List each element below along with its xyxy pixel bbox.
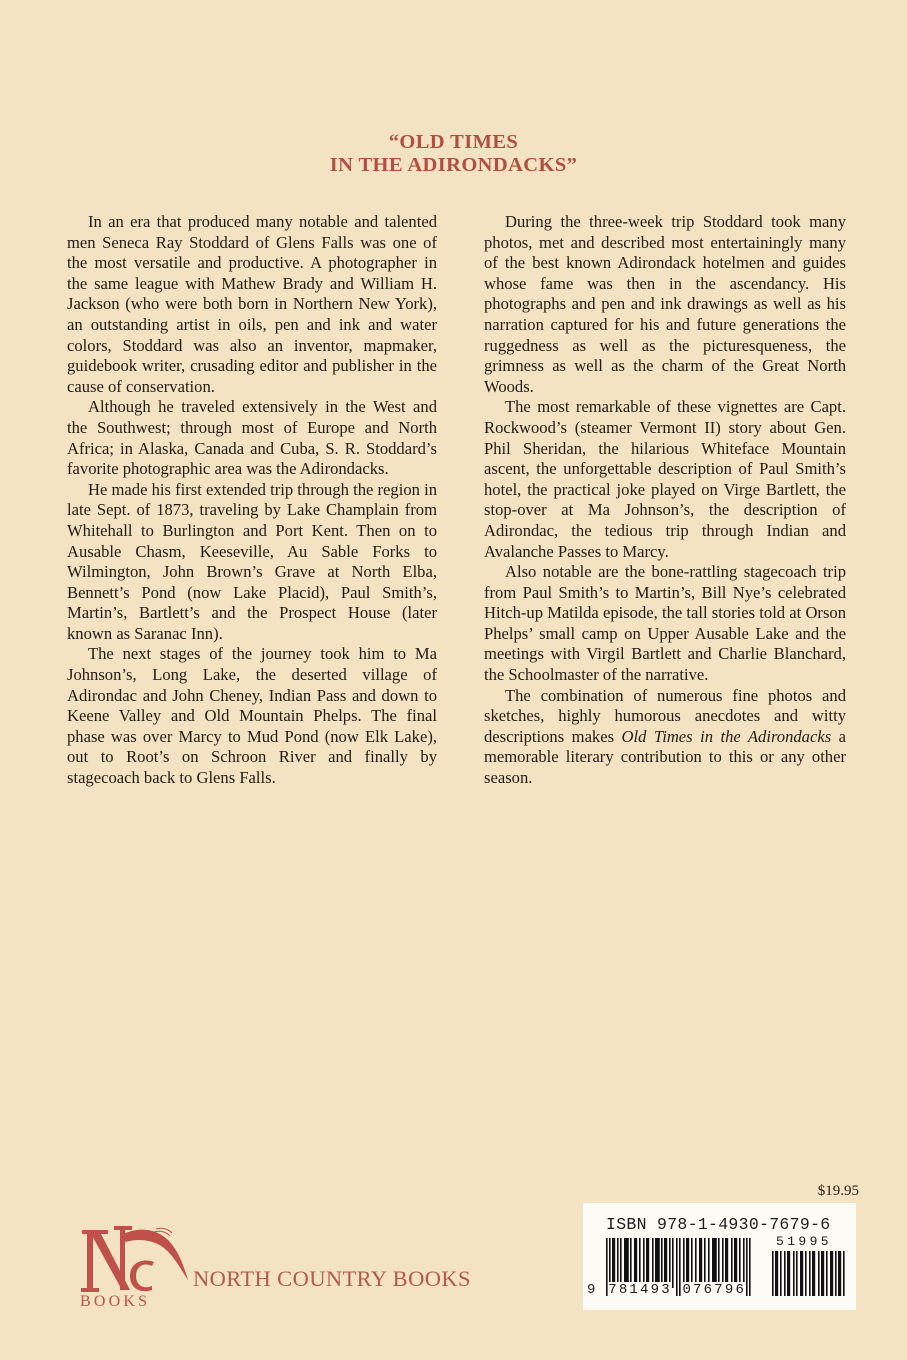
paragraph: He made his first extended trip through … (67, 480, 437, 645)
title-line-2: IN THE ADIRONDACKS” (0, 154, 907, 177)
book-title-heading: “OLD TIMES IN THE ADIRONDACKS” (0, 131, 907, 177)
addon-barcode-bars-icon (772, 1251, 845, 1296)
paragraph: The most remarkable of these vignettes a… (484, 397, 846, 562)
isbn-label: ISBN 978-1-4930-7679-6 (606, 1215, 830, 1234)
paragraph: Although he traveled extensively in the … (67, 397, 437, 479)
price-label: $19.95 (770, 1183, 859, 1200)
ean-first-digit: 9 (587, 1282, 598, 1298)
ean-right-group: 076796 (682, 1282, 746, 1298)
publisher-name: NORTH COUNTRY BOOKS (193, 1266, 471, 1292)
paragraph: During the three-week trip Stoddard took… (484, 212, 846, 397)
right-text-column: During the three-week trip Stoddard took… (484, 212, 846, 789)
ean-human-readable: 9 781493 076796 (587, 1282, 746, 1298)
isbn-barcode: ISBN 978-1-4930-7679-6 51995 (583, 1203, 856, 1310)
title-line-1: “OLD TIMES (0, 131, 907, 154)
paragraph: Also notable are the bone-rattling stage… (484, 562, 846, 686)
addon-price-code: 51995 (776, 1234, 832, 1249)
italic-book-title: Old Times in the Adirondacks (622, 727, 832, 746)
paragraph: In an era that produced many notable and… (67, 212, 437, 397)
logo-books-text: BOOKS (80, 1293, 150, 1311)
closing-paragraph: The combination of numerous fine photos … (484, 686, 846, 789)
paragraph: The next stages of the journey took him … (67, 644, 437, 788)
ean-left-group: 781493 (608, 1282, 672, 1298)
left-text-column: In an era that produced many notable and… (67, 212, 437, 789)
